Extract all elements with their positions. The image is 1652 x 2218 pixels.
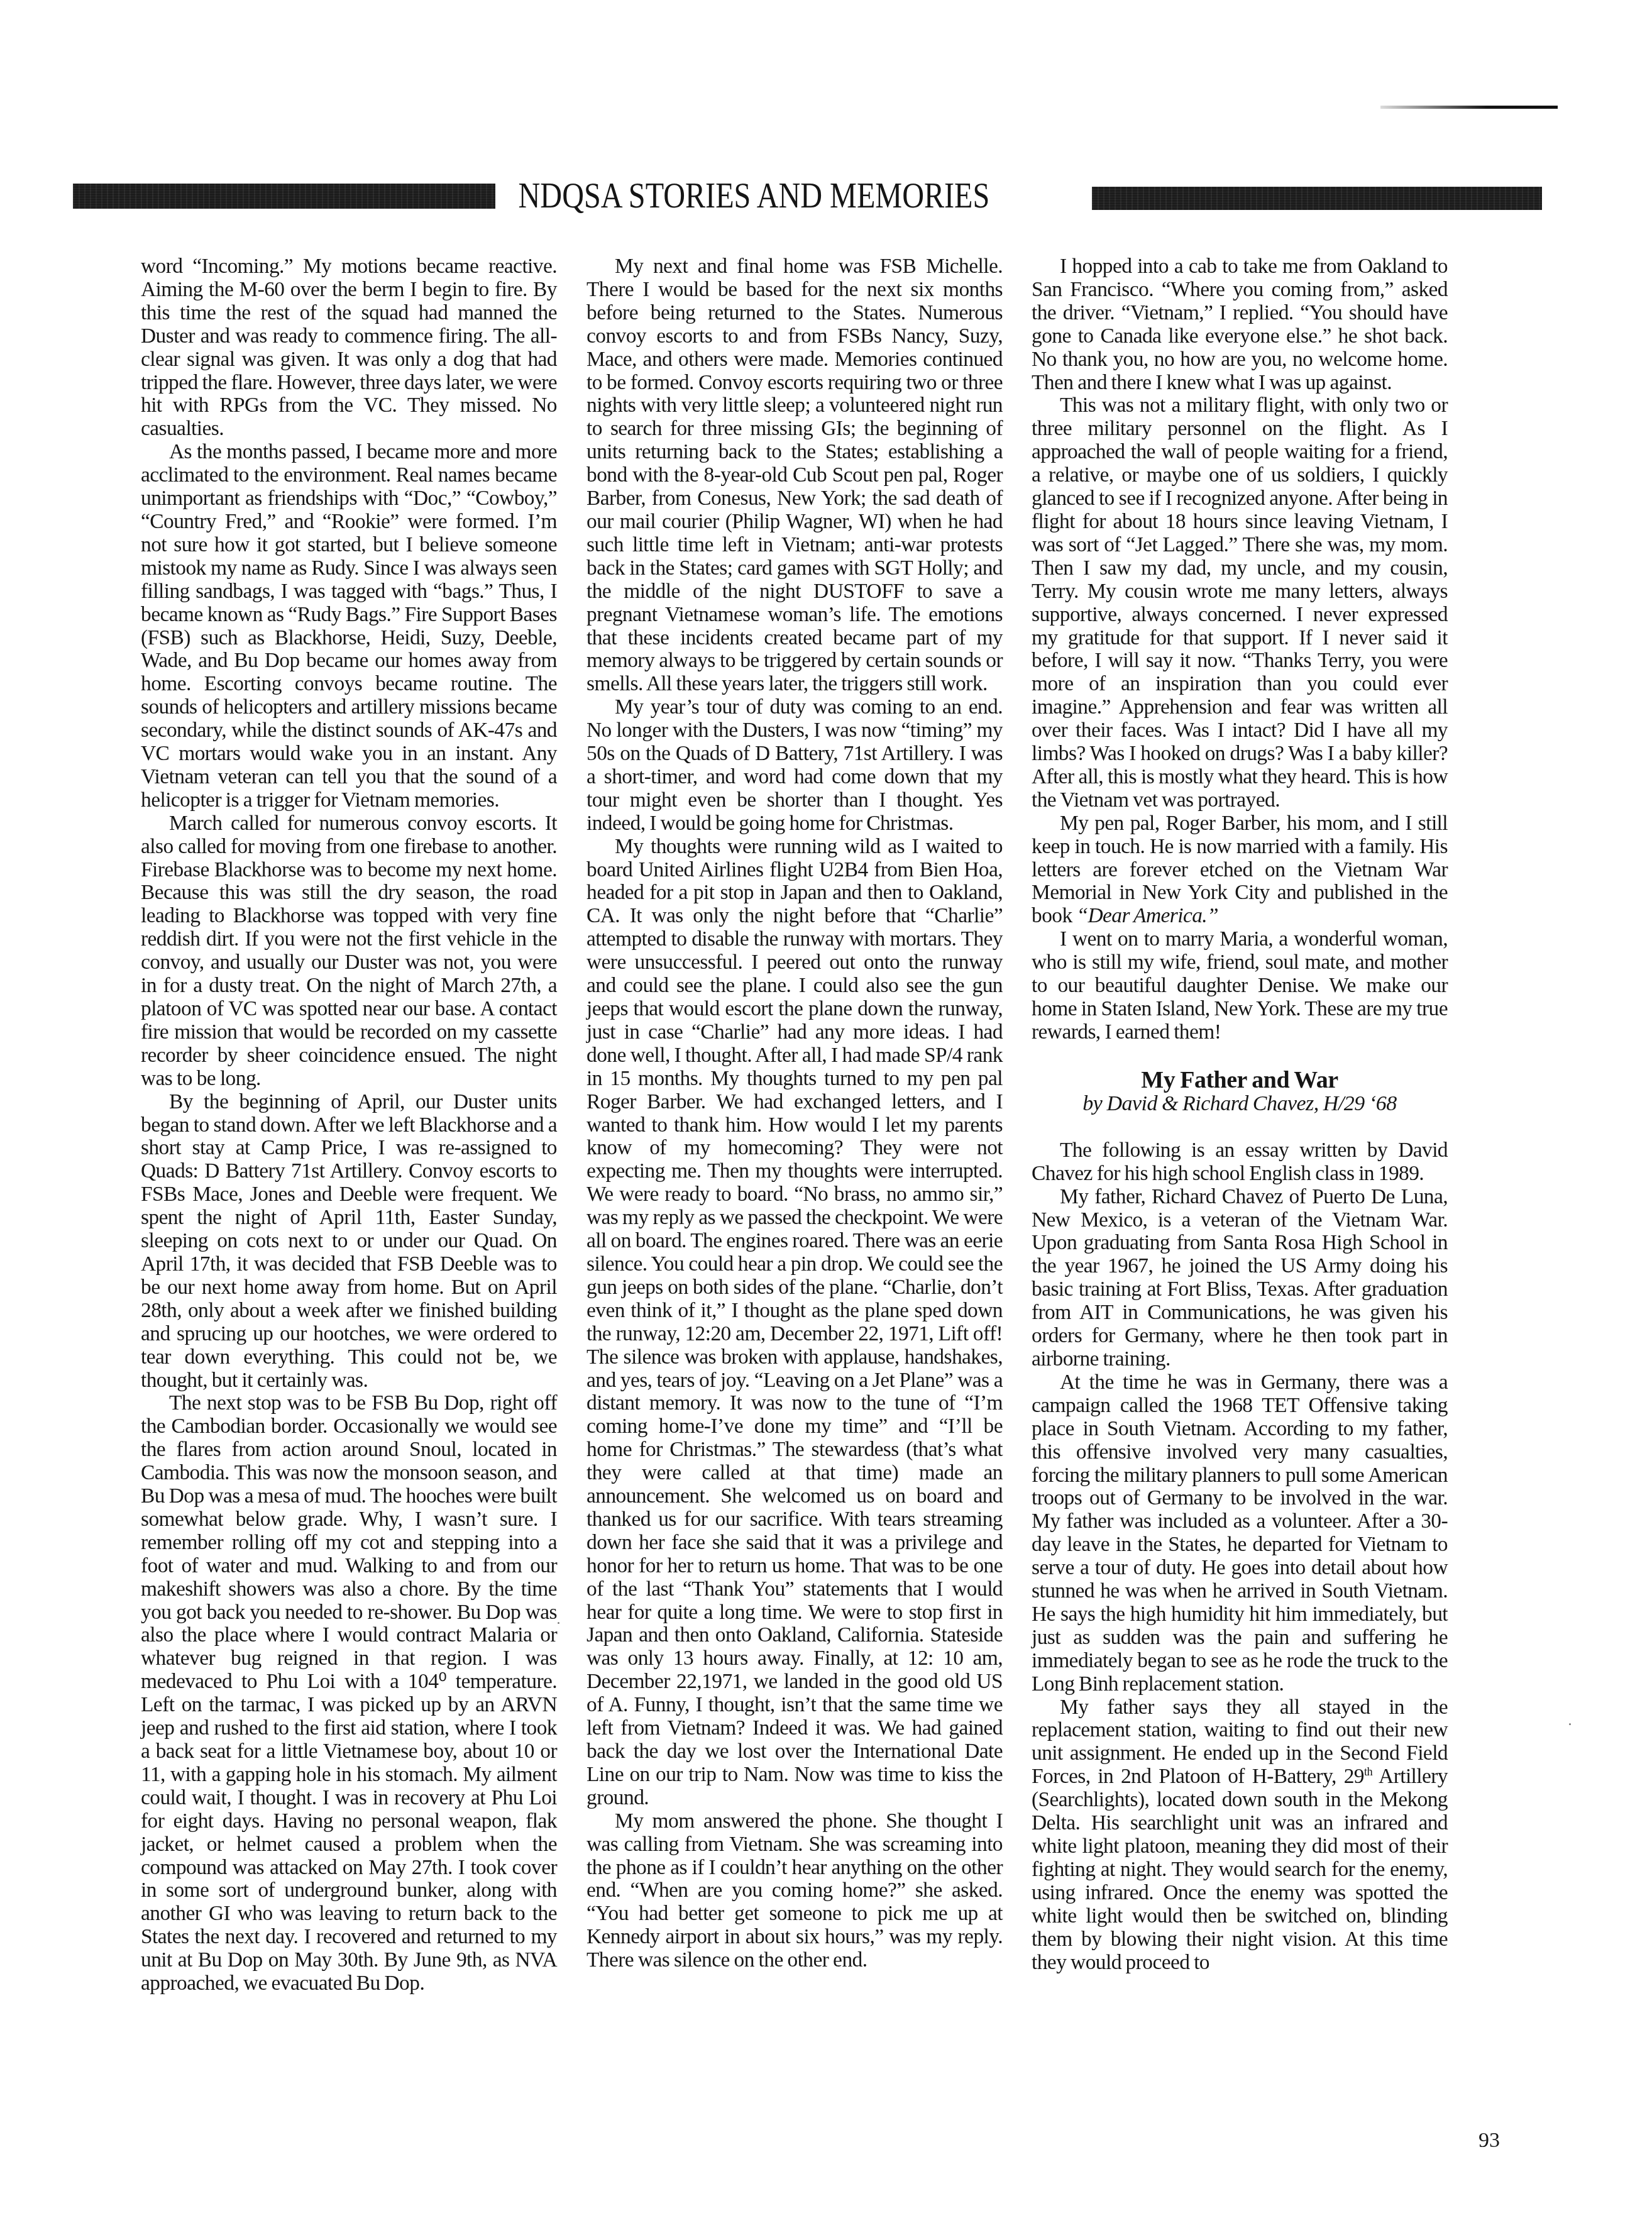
- story-title: My Father and War: [1032, 1068, 1448, 1093]
- paragraph: The next stop was to be FSB Bu Dop, righ…: [141, 1392, 557, 1995]
- header-bar-right: [1092, 187, 1542, 210]
- paragraph-text: Artillery (Searchlights), located down s…: [1032, 1765, 1448, 1973]
- scan-speck: [1569, 1723, 1571, 1725]
- paragraph: word “Incoming.” My motions became react…: [141, 255, 557, 441]
- paragraph: The following is an essay written by Dav…: [1032, 1139, 1448, 1186]
- paragraph: My next and final home was FSB Michelle.…: [586, 255, 1003, 696]
- scan-speck: [558, 1622, 559, 1624]
- paragraph: My father says they all stayed in the re…: [1032, 1696, 1448, 1975]
- column-2: My next and final home was FSB Michelle.…: [586, 255, 1003, 1972]
- page-number: 93: [1479, 2129, 1500, 2153]
- paragraph: My pen pal, Roger Barber, his mom, and I…: [1032, 812, 1448, 929]
- column-1: word “Incoming.” My motions became react…: [141, 255, 557, 1995]
- paragraph: As the months passed, I became more and …: [141, 441, 557, 812]
- paragraph: My thoughts were running wild as I waite…: [586, 836, 1003, 1810]
- paragraph: This was not a military flight, with onl…: [1032, 394, 1448, 812]
- paragraph: My year’s tour of duty was coming to an …: [586, 696, 1003, 835]
- section-header: NDQSA STORIES AND MEMORIES: [73, 182, 1544, 214]
- ordinal-suffix: th: [1364, 1765, 1372, 1778]
- top-rule: [1380, 106, 1558, 109]
- book-title: “Dear America.”: [1076, 904, 1218, 927]
- story-byline: by David & Richard Chavez, H/29 ‘68: [1032, 1093, 1448, 1115]
- section-title: NDQSA STORIES AND MEMORIES: [507, 176, 1001, 216]
- paragraph: My mom answered the phone. She thought I…: [586, 1810, 1003, 1972]
- paragraph: I hopped into a cab to take me from Oakl…: [1032, 255, 1448, 394]
- header-bar-left: [73, 184, 495, 209]
- column-3: I hopped into a cab to take me from Oakl…: [1032, 255, 1448, 1974]
- paragraph: March called for numerous convoy escorts…: [141, 812, 557, 1091]
- paragraph: I went on to marry Maria, a wonderful wo…: [1032, 928, 1448, 1044]
- paragraph: By the beginning of April, our Duster un…: [141, 1091, 557, 1393]
- paragraph: My father, Richard Chavez of Puerto De L…: [1032, 1186, 1448, 1371]
- paragraph: At the time he was in Germany, there was…: [1032, 1371, 1448, 1696]
